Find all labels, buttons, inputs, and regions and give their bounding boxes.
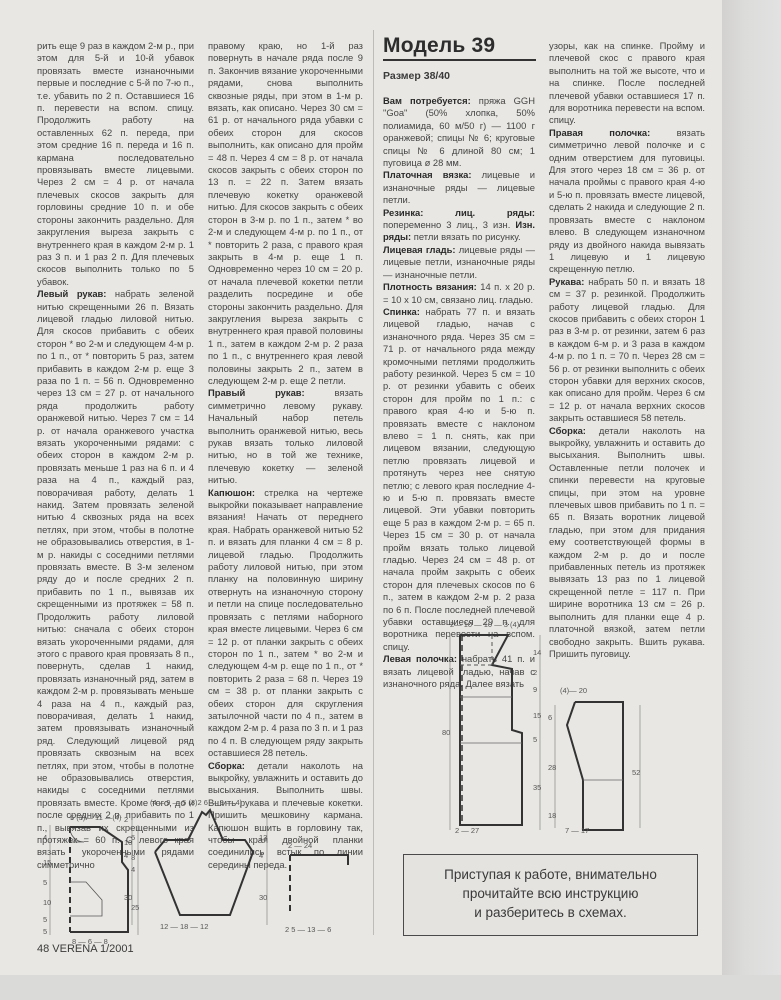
- instruction-note-box: Приступая к работе, внимательно прочитай…: [403, 854, 698, 936]
- section-heading-sleeves: Рукава:: [549, 276, 584, 287]
- section-heading-assembly-2: Сборка:: [549, 425, 586, 436]
- paragraph: вязать симметрично левому рукаву. Началь…: [208, 387, 363, 485]
- dim-bottom: 7 — 17: [565, 826, 589, 835]
- paragraph: набрать 77 п. и вязать лицевой гладью, н…: [383, 306, 535, 652]
- text-column-3: Вам потребуется: пряжа GGH "Goa" (50% хл…: [383, 95, 535, 691]
- svg-text:4: 4: [259, 851, 263, 860]
- section-heading-rib: Резинка: лиц. ряды:: [383, 207, 535, 218]
- section-heading-stockinette: Лицевая гладь:: [383, 244, 456, 255]
- paragraph: набрать 50 п. и вязать 18 см = 37 р. рез…: [549, 276, 705, 423]
- svg-text:9: 9: [533, 685, 537, 694]
- dim-right: 52: [632, 768, 640, 777]
- svg-text:10: 10: [124, 838, 132, 847]
- svg-text:30: 30: [124, 893, 132, 902]
- note-line-2: прочитайте всю инструкцию: [404, 884, 697, 903]
- text-column-2: правому краю, но 1-й раз повернуть в нач…: [208, 40, 363, 871]
- svg-text:15: 15: [43, 858, 51, 867]
- section-heading-garter: Платочная вязка:: [383, 169, 472, 180]
- paragraph: стрелка на чертеже выкройки показывает н…: [208, 487, 363, 759]
- svg-text:14: 14: [533, 648, 541, 657]
- section-heading-gauge: Плотность вязания:: [383, 281, 477, 292]
- dim-total: 80: [442, 728, 450, 737]
- dim-top: (4)— 20: [560, 686, 587, 695]
- page-footer: 48 VERENA 1/2001: [37, 943, 134, 955]
- section-heading-hood: Капюшон:: [208, 487, 255, 498]
- svg-text:2: 2: [533, 668, 537, 677]
- svg-text:10: 10: [43, 898, 51, 907]
- svg-text:18: 18: [548, 811, 556, 820]
- column-divider: [373, 30, 374, 935]
- page-gutter-shadow: [722, 0, 781, 1000]
- svg-text:4: 4: [124, 851, 128, 860]
- sleeve-2-left-dims: 62818: [545, 700, 565, 830]
- paragraph: попеременно 3 лиц., 3 изн.: [383, 219, 515, 230]
- svg-text:28: 28: [548, 763, 556, 772]
- svg-text:30: 30: [259, 893, 267, 902]
- text-column-1: рить еще 9 раз в каждом 2-м р., при этом…: [37, 40, 194, 871]
- text-column-4: узоры, как на спинке. Пройму и плечевой …: [549, 40, 705, 660]
- section-heading-right-sleeve: Правый рукав:: [208, 387, 305, 398]
- dim-top: 2— 10 — 10 — 3 (4): [450, 620, 520, 629]
- svg-text:5: 5: [43, 915, 47, 924]
- sleeve-right-dims: 13430: [255, 810, 280, 930]
- svg-text:5: 5: [43, 878, 47, 887]
- paragraph: вязать симметрично левой полочке и с одн…: [549, 127, 705, 274]
- paragraph: рить еще 9 раз в каждом 2-м р., при этом…: [37, 40, 194, 287]
- dim-top: 2 — 24: [288, 841, 312, 850]
- sleeve-left-dims: 210430: [120, 810, 145, 930]
- svg-text:35: 35: [533, 783, 541, 792]
- paragraph: правому краю, но 1-й раз повернуть в нач…: [208, 40, 363, 386]
- dim-top: (4— 9 — 5 (3)2 6 — 9 — 4): [150, 798, 243, 807]
- sleeve-2-right-dims: 52: [630, 700, 650, 830]
- dim-bottom: 12 — 18 — 12: [160, 922, 208, 931]
- section-heading-back: Спинка:: [383, 306, 420, 317]
- svg-text:13: 13: [259, 833, 267, 842]
- svg-text:2: 2: [124, 815, 128, 824]
- schematic-hood: 2 — 24 2 5 — 13 — 6: [280, 840, 360, 940]
- section-heading-right-front: Правая полочка:: [549, 127, 650, 138]
- svg-text:5: 5: [43, 927, 47, 936]
- dim-top: 5 (3)— 11 —(4): [70, 813, 122, 822]
- page-title: Модель 39: [383, 34, 536, 61]
- body-half-total-height: 80: [440, 630, 460, 830]
- section-heading-assembly: Сборка:: [208, 760, 245, 771]
- svg-text:6: 6: [548, 713, 552, 722]
- note-line-1: Приступая к работе, внимательно: [404, 865, 697, 884]
- dim-bottom: 2 5 — 13 — 6: [285, 925, 331, 934]
- paragraph: детали наколоть на выкройку, увлажнить и…: [549, 425, 705, 659]
- svg-text:15: 15: [533, 711, 541, 720]
- svg-text:4: 4: [43, 833, 47, 842]
- section-heading-left-sleeve: Левый рукав:: [37, 288, 106, 299]
- size-label: Размер 38/40: [383, 70, 450, 82]
- front-piece-left-dims: 41551055: [40, 820, 60, 940]
- note-line-3: и разберитесь в схемах.: [404, 903, 697, 922]
- scan-bottom-edge: [0, 975, 781, 1000]
- section-heading-materials: Вам потребуется:: [383, 95, 471, 106]
- paragraph: узоры, как на спинке. Пройму и плечевой …: [549, 40, 705, 125]
- paragraph: набрать зеленой нитью скрещенными 26 п. …: [37, 288, 194, 870]
- svg-text:5: 5: [533, 735, 537, 744]
- paragraph: петли вязать по рисунку.: [411, 231, 520, 242]
